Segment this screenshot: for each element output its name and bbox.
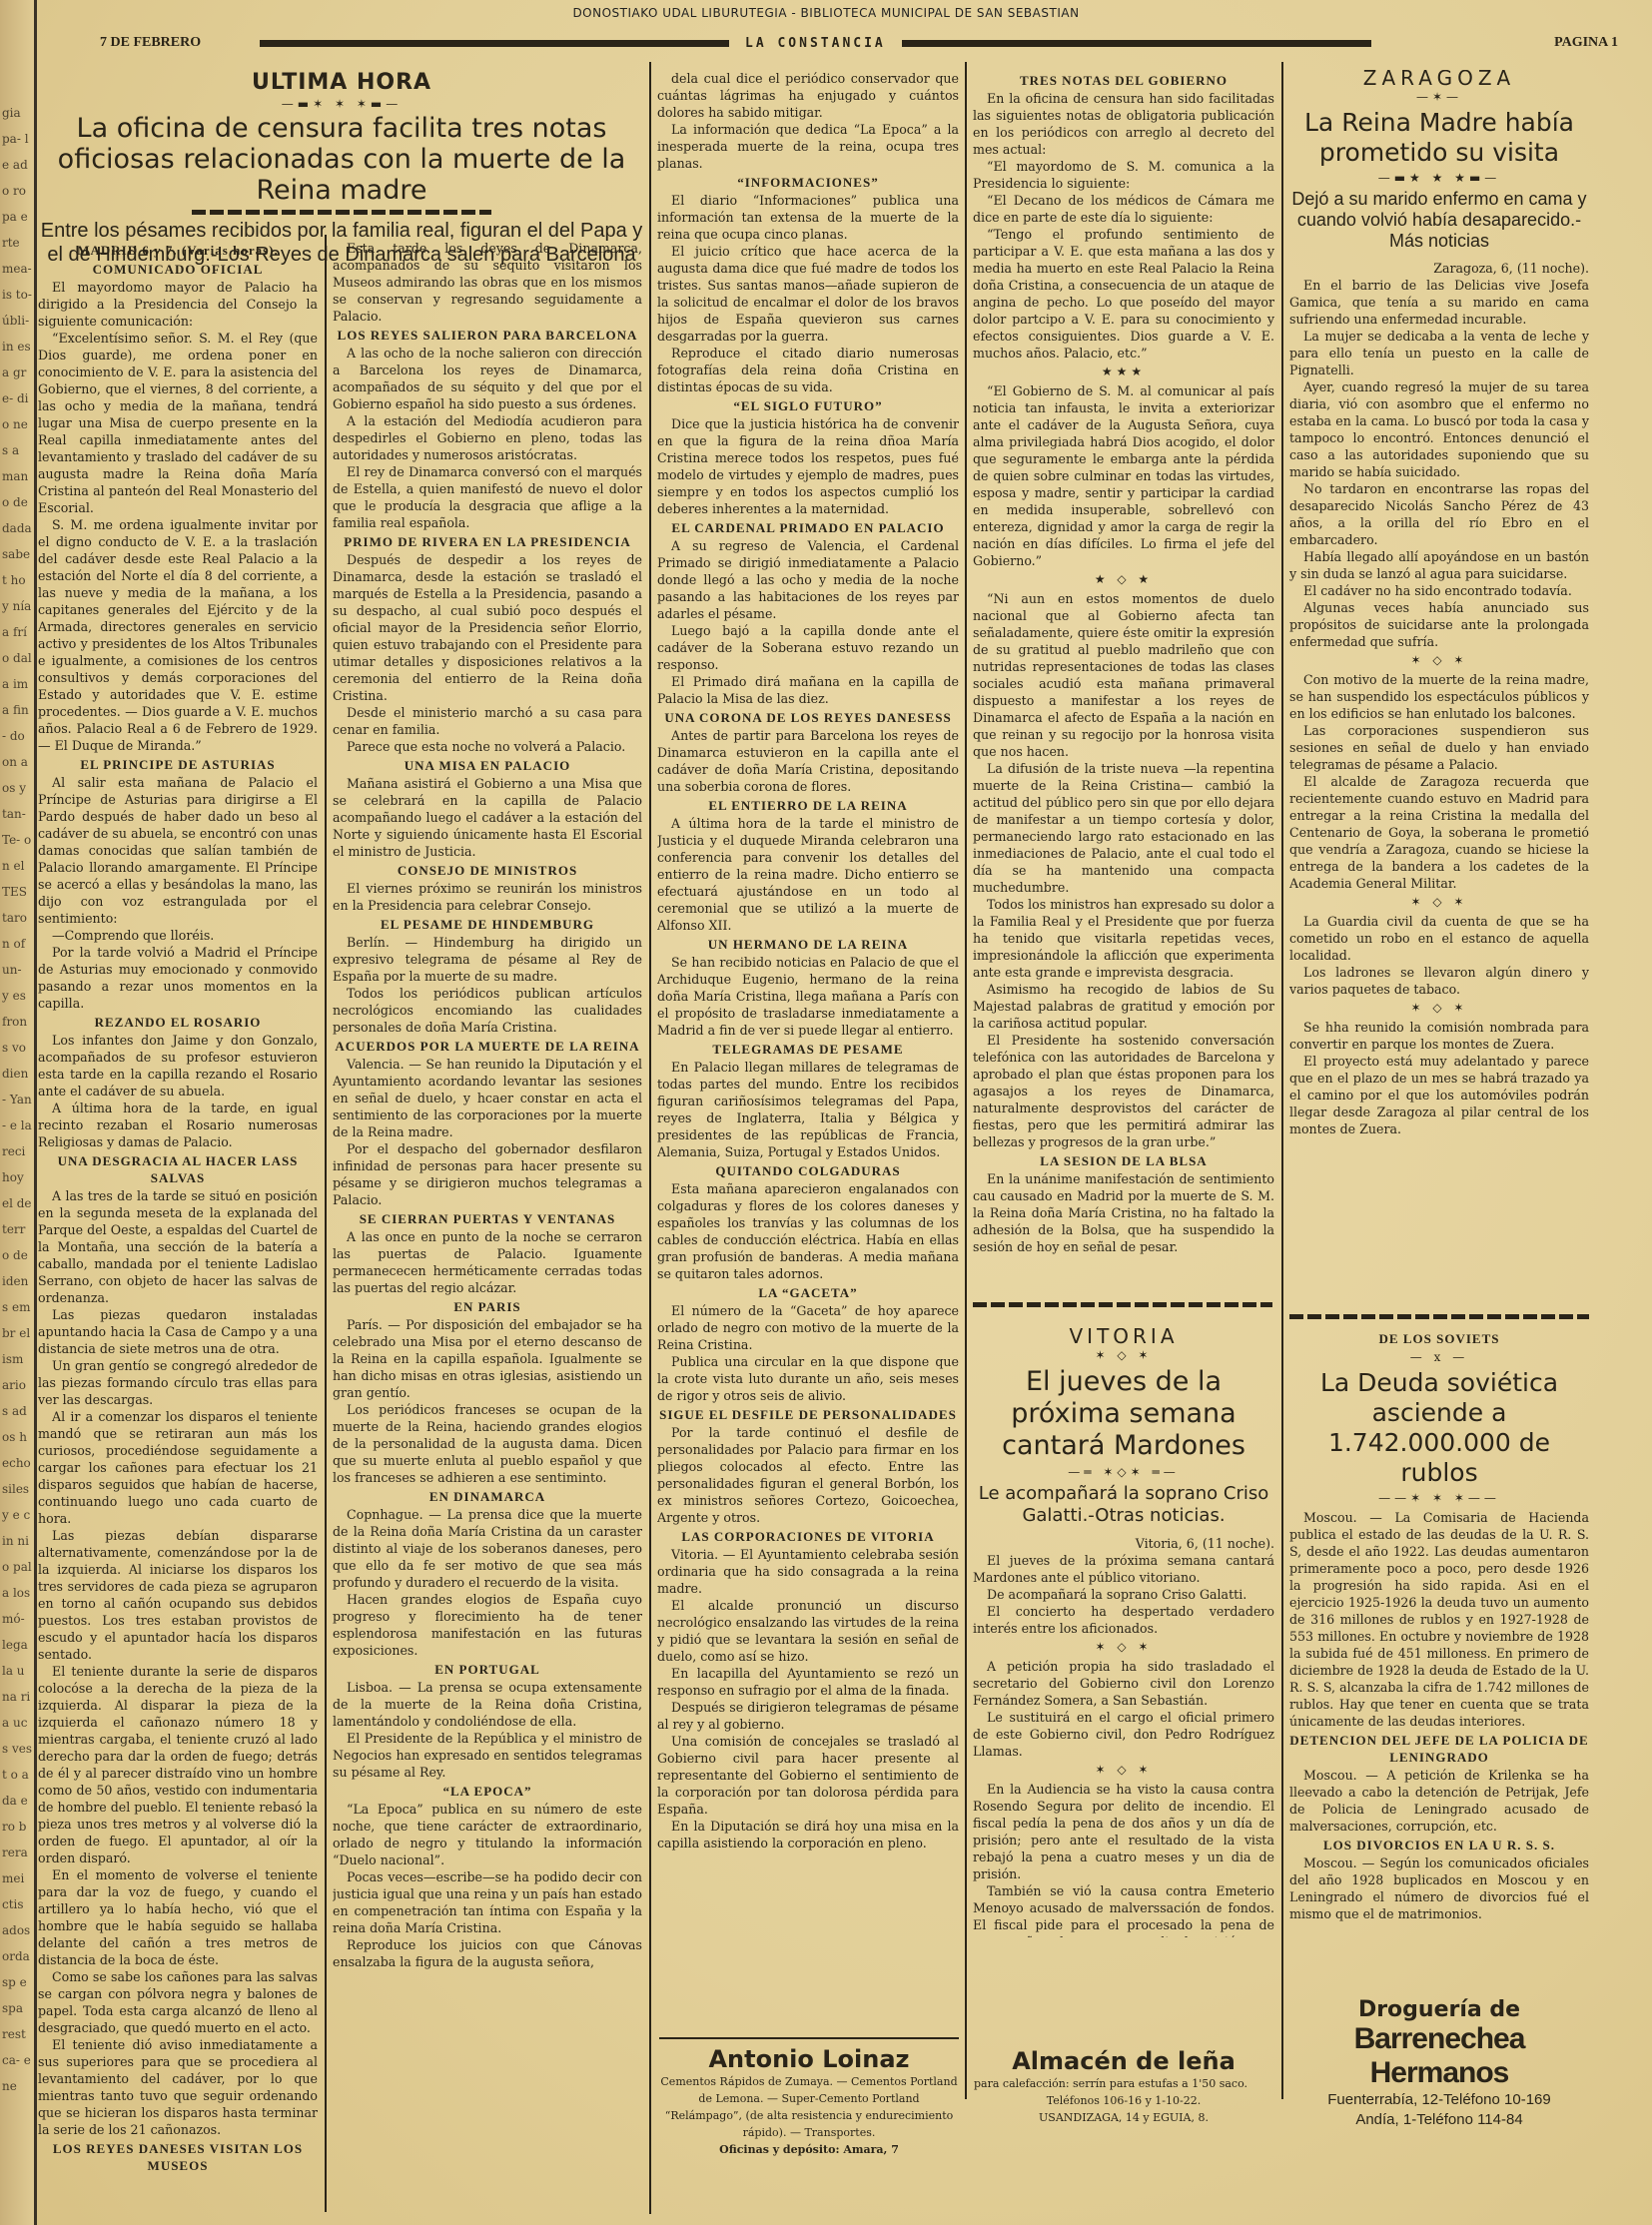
soviets-body: Moscou. — La Comisaria de Hacienda publi… <box>1289 1509 1589 1922</box>
column-4-articles: TRES NOTAS DEL GOBIERNOEn la oficina de … <box>973 72 1274 1255</box>
paragraph: Mañana asistirá el Gobierno a una Misa q… <box>333 775 642 860</box>
section-heading: “LA EPOCA” <box>333 1783 642 1800</box>
paragraph: “Tengo el profundo sentimiento de partic… <box>973 226 1274 362</box>
section-heading: EL CARDENAL PRIMADO EN PALACIO <box>657 519 959 536</box>
section-heading: TELEGRAMAS DE PESAME <box>657 1041 959 1058</box>
section-heading: REZANDO EL ROSARIO <box>38 1014 318 1031</box>
paragraph: Moscou. — Según los comunicados oficiale… <box>1289 1854 1589 1922</box>
masthead-rule-left <box>260 40 729 47</box>
vitoria-place: VITORIA <box>973 1328 1274 1345</box>
masthead-page-number: PAGINA 1 <box>1554 35 1618 51</box>
ad-address: Fuenterrabía, 12-Teléfono 10-169 <box>1289 2090 1589 2110</box>
paragraph: El Presidente de la República y el minis… <box>333 1730 642 1781</box>
paragraph: No tardaron en encontrarse las ropas del… <box>1289 480 1589 548</box>
paragraph: A su regreso de Valencia, el Cardenal Pr… <box>657 537 959 622</box>
zaragoza-place: ZARAGOZA <box>1289 70 1589 87</box>
ad-drogueria-barrenechea: Droguería de Barrenechea Hermanos Fuente… <box>1289 1997 1589 2130</box>
paragraph: Las corporaciones suspendieron sus sesio… <box>1289 722 1589 773</box>
paragraph: “Excelentísimo señor. S. M. el Rey (que … <box>38 330 318 516</box>
paragraph: París. — Por disposición del embajador s… <box>333 1316 642 1401</box>
ad-address: Andía, 1-Teléfono 114-84 <box>1289 2110 1589 2130</box>
column-divider <box>1281 62 1283 2099</box>
paragraph: Por el despacho del gobernador desfilaro… <box>333 1140 642 1208</box>
paragraph: La difusión de la triste nueva —la repen… <box>973 760 1274 896</box>
column-1-articles: COMUNICADO OFICIALEl mayordomo mayor de … <box>38 261 318 2174</box>
section-heading: “INFORMACIONES” <box>657 174 959 191</box>
vitoria-body: El jueves de la próxima semana cantará M… <box>973 1552 1274 1937</box>
ornament-x: — x — <box>1289 1349 1589 1366</box>
zaragoza-dateline: Zaragoza, 6, (11 noche). <box>1289 260 1589 277</box>
ornament-stars: ✶ ◇ ✶ <box>1289 894 1589 911</box>
paragraph: Copnhague. — La prensa dice que la muert… <box>333 1506 642 1591</box>
ornament-stars: ✶ ◇ ✶ <box>1289 1000 1589 1017</box>
paragraph: Después se dirigieron telegramas de pésa… <box>657 1699 959 1733</box>
ornament-stars: —✶— <box>1289 89 1589 106</box>
paragraph: Todos los periódicos publican artículos … <box>333 985 642 1036</box>
paragraph: El rey de Dinamarca conversó con el marq… <box>333 463 642 531</box>
paragraph: A las tres de la tarde se situó en posic… <box>38 1187 318 1306</box>
paragraph: Como se sabe los cañones para las salvas… <box>38 1968 318 2036</box>
lead-headline: La oficina de censura facilita tres nota… <box>36 113 647 206</box>
paragraph: A las ocho de la noche salieron con dire… <box>333 345 642 412</box>
paragraph: Todos los ministros han expresado su dol… <box>973 896 1274 981</box>
paragraph: Por la tarde volvió a Madrid el Príncipe… <box>38 944 318 1012</box>
ornament-stars: ✶ ◇ ✶ <box>973 1347 1274 1364</box>
paragraph: Se hha reunido la comisión nombrada para… <box>1289 1019 1589 1053</box>
paragraph: El Presidente ha sostenido conversación … <box>973 1032 1274 1150</box>
paragraph: El Primado dirá mañana en la capilla de … <box>657 673 959 707</box>
section-heading: EL PRINCIPE DE ASTURIAS <box>38 756 318 773</box>
paragraph: En el momento de volverse el teniente pa… <box>38 1866 318 1968</box>
paragraph: De acompañará la soprano Criso Galatti. <box>973 1586 1274 1603</box>
paragraph: Al ir a comenzar los disparos el tenient… <box>38 1408 318 1527</box>
ad-antonio-loinaz: Antonio Loinaz Cementos Rápidos de Zumay… <box>659 2045 959 2158</box>
ornament-stars: ★★★ <box>973 364 1274 380</box>
paragraph: Le sustituirá en el cargo el oficial pri… <box>973 1709 1274 1760</box>
zaragoza-article: ZARAGOZA —✶— La Reina Madre había promet… <box>1289 70 1589 1308</box>
paragraph: Esta mañana aparecieron engalanados con … <box>657 1180 959 1282</box>
ad-text: para calefacción: serrín para estufas a … <box>974 2075 1273 2092</box>
paragraph: La mujer se dedicaba a la venta de leche… <box>1289 328 1589 378</box>
paragraph: Dice que la justicia histórica ha de con… <box>657 415 959 517</box>
paragraph: El alcalde de Zaragoza recuerda que reci… <box>1289 773 1589 892</box>
section-heading: EN PARIS <box>333 1298 642 1315</box>
paragraph: El concierto ha despertado verdadero int… <box>973 1603 1274 1637</box>
paragraph: dela cual dice el periódico conservador … <box>657 70 959 121</box>
paragraph: Había llegado allí apoyándose en un bast… <box>1289 548 1589 582</box>
ad-title: Antonio Loinaz <box>659 2045 959 2073</box>
paragraph: Berlín. — Hindemburg ha dirigido un expr… <box>333 934 642 985</box>
ad-almacen-lena: Almacén de leña para calefacción: serrín… <box>974 2047 1273 2126</box>
paragraph: Algunas veces había anunciado sus propós… <box>1289 599 1589 650</box>
paragraph: En la oficina de censura han sido facili… <box>973 90 1274 158</box>
lead-kicker: ULTIMA HORA <box>36 70 647 95</box>
paragraph: El jueves de la próxima semana cantará M… <box>973 1552 1274 1586</box>
paragraph: El proyecto está muy adelantado y parece… <box>1289 1053 1589 1137</box>
paragraph: El teniente durante la serie de disparos… <box>38 1663 318 1866</box>
paragraph: A última hora de la tarde, en igual reci… <box>38 1100 318 1150</box>
paragraph: Los periódicos franceses se ocupan de la… <box>333 1401 642 1486</box>
paragraph: Reproduce los juicios con que Cánovas en… <box>333 1936 642 1970</box>
paragraph: Una comisión de concejales se trasladó a… <box>657 1733 959 1818</box>
ad-title: Barrenechea Hermanos <box>1289 2022 1589 2090</box>
masthead-rule-right <box>902 40 1371 47</box>
column-3-articles: dela cual dice el periódico conservador … <box>657 70 959 1852</box>
section-heading: LOS REYES DANESES VISITAN LOS MUSEOS <box>38 2140 318 2174</box>
paragraph: Lisboa. — La prensa se ocupa extensament… <box>333 1679 642 1730</box>
paragraph: También se vió la causa contra Emeterio … <box>973 1882 1274 1937</box>
section-heading: “EL SIGLO FUTURO” <box>657 397 959 414</box>
paragraph: Moscou. — La Comisaria de Hacienda publi… <box>1289 1509 1589 1730</box>
ad-border <box>659 2037 959 2039</box>
section-heading: UN HERMANO DE LA REINA <box>657 936 959 953</box>
section-heading: PRIMO DE RIVERA EN LA PRESIDENCIA <box>333 533 642 550</box>
ornamental-rule <box>192 210 491 215</box>
ornamental-rule <box>1289 1314 1589 1319</box>
masthead-date: 7 DE FEBRERO <box>100 35 260 51</box>
column-1: MADRID 6 y 7. (Varias horas). COMUNICADO… <box>38 240 318 2217</box>
paragraph: Después de despedir a los reyes de Dinam… <box>333 551 642 704</box>
ad-title-top: Droguería de <box>1289 1997 1589 2022</box>
paragraph: A las once en punto de la noche se cerra… <box>333 1228 642 1296</box>
paragraph: El diario “Informaciones” publica una in… <box>657 192 959 243</box>
paragraph: “Ni aun en estos momentos de duelo nacio… <box>973 590 1274 760</box>
lead-headline-block: ULTIMA HORA —▬✶ ✶ ✶▬— La oficina de cens… <box>36 70 647 267</box>
masthead-title: LA CONSTANCIA <box>729 36 902 51</box>
spine-cutoff-text: gia pa- le ado ropa erte mea- is to- úbl… <box>2 100 32 2177</box>
soviets-headline: La Deuda soviética asciende a 1.742.000.… <box>1289 1368 1589 1488</box>
paragraph: Moscou. — A petición de Krilenka se ha l… <box>1289 1767 1589 1835</box>
paragraph: A la estación del Mediodía acudieron par… <box>333 412 642 463</box>
section-heading: SIGUE EL DESFILE DE PERSONALIDADES <box>657 1406 959 1423</box>
column-divider <box>965 62 967 2099</box>
paragraph: Se han recibido noticias en Palacio de q… <box>657 954 959 1039</box>
section-heading: COMUNICADO OFICIAL <box>38 261 318 278</box>
paragraph: Por la tarde continuó el desfile de pers… <box>657 1424 959 1526</box>
masthead: 7 DE FEBRERO LA CONSTANCIA PAGINA 1 <box>40 32 1638 54</box>
paragraph: Los infantes don Jaime y don Gonzalo, ac… <box>38 1032 318 1100</box>
ornament-stars: —═ ✶◇✶ ═— <box>973 1464 1274 1481</box>
paragraph: “El mayordomo de S. M. comunica a la Pre… <box>973 158 1274 192</box>
ad-phones: Teléfonos 106-16 y 1-10-22. <box>974 2092 1273 2109</box>
soviets-article: DE LOS SOVIETS — x — La Deuda soviética … <box>1289 1328 1589 1927</box>
paragraph: Hacen grandes elogios de España cuyo pro… <box>333 1591 642 1659</box>
paragraph: Vitoria. — El Ayuntamiento celebraba ses… <box>657 1546 959 1597</box>
zaragoza-subhead: Dejó a su marido enfermo en cama y cuand… <box>1289 189 1589 252</box>
section-heading: SE CIERRAN PUERTAS Y VENTANAS <box>333 1210 642 1227</box>
paragraph: Luego bajó a la capilla donde ante el ca… <box>657 622 959 673</box>
section-heading: UNA CORONA DE LOS REYES DANESESS <box>657 709 959 726</box>
ad-title: Almacén de leña <box>974 2047 1273 2075</box>
ad-address: Oficinas y depósito: Amara, 7 <box>659 2141 959 2158</box>
paragraph: Pocas veces—escribe—se ha podido decir c… <box>333 1868 642 1936</box>
paragraph: Las piezas quedaron instaladas apuntando… <box>38 1306 318 1357</box>
ornamental-rule <box>973 1302 1272 1307</box>
paragraph: El cadáver no ha sido encontrado todavía… <box>1289 582 1589 599</box>
library-watermark: DONOSTIAKO UDAL LIBURUTEGIA - BIBLIOTECA… <box>0 6 1652 20</box>
paragraph: El mayordomo mayor de Palacio ha dirigid… <box>38 279 318 330</box>
section-heading: LOS DIVORCIOS EN LA U R. S. S. <box>1289 1837 1589 1854</box>
paragraph: El alcalde pronunció un discurso necroló… <box>657 1597 959 1665</box>
zaragoza-headline: La Reina Madre había prometido su visita <box>1289 108 1589 168</box>
paragraph: Con motivo de la muerte de la reina madr… <box>1289 671 1589 722</box>
section-heading: EL ENTIERRO DE LA REINA <box>657 797 959 814</box>
paragraph: “El Gobierno de S. M. al comunicar al pa… <box>973 382 1274 569</box>
paragraph: Al salir esta mañana de Palacio el Prínc… <box>38 774 318 927</box>
section-heading: UNA MISA EN PALACIO <box>333 757 642 774</box>
section-heading: EN DINAMARCA <box>333 1488 642 1505</box>
paragraph: Desde el ministerio marchó a su casa par… <box>333 704 642 738</box>
section-heading: LOS REYES SALIERON PARA BARCELONA <box>333 327 642 344</box>
paragraph: En Palacio llegan millares de telegramas… <box>657 1059 959 1160</box>
paragraph: A última hora de la tarde el ministro de… <box>657 815 959 934</box>
section-heading: LA “GACETA” <box>657 1284 959 1301</box>
paragraph: Los ladrones se llevaron algún dinero y … <box>1289 964 1589 998</box>
paragraph: Ayer, cuando regresó la mujer de su tare… <box>1289 378 1589 480</box>
ad-address: USANDIZAGA, 14 y EGUIA, 8. <box>974 2109 1273 2126</box>
section-heading: LA SESION DE LA BLSA <box>973 1152 1274 1169</box>
paragraph: La Guardia civil da cuenta de que se ha … <box>1289 913 1589 964</box>
paragraph: “La Epoca” publica en su número de este … <box>333 1801 642 1868</box>
paragraph: A petición propia ha sido trasladado el … <box>973 1658 1274 1709</box>
section-heading: DETENCION DEL JEFE DE LA POLICIA DE LENI… <box>1289 1732 1589 1766</box>
section-heading: QUITANDO COLGADURAS <box>657 1162 959 1179</box>
paragraph: Reproduce el citado diario numerosas fot… <box>657 345 959 395</box>
paragraph: Esta tarde los deyes de Dinamarca, acomp… <box>333 240 642 325</box>
vitoria-article: VITORIA ✶ ◇ ✶ El jueves de la próxima se… <box>973 1328 1274 1937</box>
paragraph: El teniente dió aviso inmediatamente a s… <box>38 2036 318 2138</box>
ornament-stars: —▬★ ★ ★▬— <box>1289 170 1589 187</box>
paragraph: —Comprendo que lloréis. <box>38 927 318 944</box>
section-heading: UNA DESGRACIA AL HACER LASS SALVAS <box>38 1152 318 1186</box>
paragraph: En la Audiencia se ha visto la causa con… <box>973 1781 1274 1882</box>
column-4: TRES NOTAS DEL GOBIERNOEn la oficina de … <box>973 70 1274 1293</box>
paragraph: En lacapilla del Ayuntamiento se rezó un… <box>657 1665 959 1699</box>
paragraph: “El Decano de los médicos de Cámara me d… <box>973 192 1274 226</box>
paragraph: Las piezas debían dispararse alternativa… <box>38 1527 318 1663</box>
column-divider <box>325 235 327 2212</box>
column-2-articles: Esta tarde los deyes de Dinamarca, acomp… <box>333 240 642 1970</box>
column-divider <box>649 62 651 2214</box>
paragraph: Valencia. — Se han reunido la Diputación… <box>333 1056 642 1140</box>
zaragoza-body: En el barrio de las Delicias vive Josefa… <box>1289 277 1589 1137</box>
ornament-stars: ✶ ◇ ✶ <box>973 1639 1274 1656</box>
vitoria-dateline: Vitoria, 6, (11 noche). <box>973 1535 1274 1552</box>
ornament-stars: ★ ◇ ★ <box>973 571 1274 588</box>
section-heading: TRES NOTAS DEL GOBIERNO <box>973 72 1274 89</box>
vitoria-subhead: Le acompañará la soprano Criso Galatti.-… <box>973 1483 1274 1527</box>
section-heading: CONSEJO DE MINISTROS <box>333 862 642 879</box>
paragraph: En el barrio de las Delicias vive Josefa… <box>1289 277 1589 328</box>
paragraph: Asimismo ha recogido de labios de Su Maj… <box>973 981 1274 1032</box>
page-binding-spine: gia pa- le ado ropa erte mea- is to- úbl… <box>0 0 37 2225</box>
column-3: dela cual dice el periódico conservador … <box>657 70 959 2027</box>
paragraph: Parece que esta noche no volverá a Palac… <box>333 738 642 755</box>
section-heading: EN PORTUGAL <box>333 1661 642 1678</box>
ornament-stars: ——✶ ✶ ✶—— <box>1289 1490 1589 1507</box>
dateline: MADRID 6 y 7. (Varias horas). <box>38 242 318 259</box>
paragraph: La información que dedica “La Epoca” a l… <box>657 121 959 172</box>
ornament-stars: —▬✶ ✶ ✶▬— <box>36 97 647 111</box>
vitoria-headline: El jueves de la próxima semana cantará M… <box>973 1366 1274 1462</box>
column-2: Esta tarde los deyes de Dinamarca, acomp… <box>333 240 642 2217</box>
section-heading: ACUERDOS POR LA MUERTE DE LA REINA <box>333 1038 642 1055</box>
paragraph: El viernes próximo se reunirán los minis… <box>333 880 642 914</box>
paragraph: El número de la “Gaceta” de hoy aparece … <box>657 1302 959 1353</box>
ornament-stars: ✶ ◇ ✶ <box>973 1762 1274 1779</box>
section-heading: EL PESAME DE HINDEMBURG <box>333 916 642 933</box>
ornament-stars: ✶ ◇ ✶ <box>1289 652 1589 669</box>
paragraph: En la Diputación se dirá hoy una misa en… <box>657 1818 959 1852</box>
paragraph: S. M. me ordena igualmente invitar por e… <box>38 516 318 754</box>
soviets-kicker: DE LOS SOVIETS <box>1289 1330 1589 1347</box>
paragraph: En la unánime manifestación de sentimien… <box>973 1170 1274 1255</box>
section-heading: LAS CORPORACIONES DE VITORIA <box>657 1528 959 1545</box>
ad-text: Cementos Rápidos de Zumaya. — Cementos P… <box>659 2073 959 2141</box>
paragraph: Publica una circular en la que dispone q… <box>657 1353 959 1404</box>
paragraph: Un gran gentío se congregó alrededor de … <box>38 1357 318 1408</box>
paragraph: Antes de partir para Barcelona los reyes… <box>657 727 959 795</box>
paragraph: El juicio crítico que hace acerca de la … <box>657 243 959 345</box>
